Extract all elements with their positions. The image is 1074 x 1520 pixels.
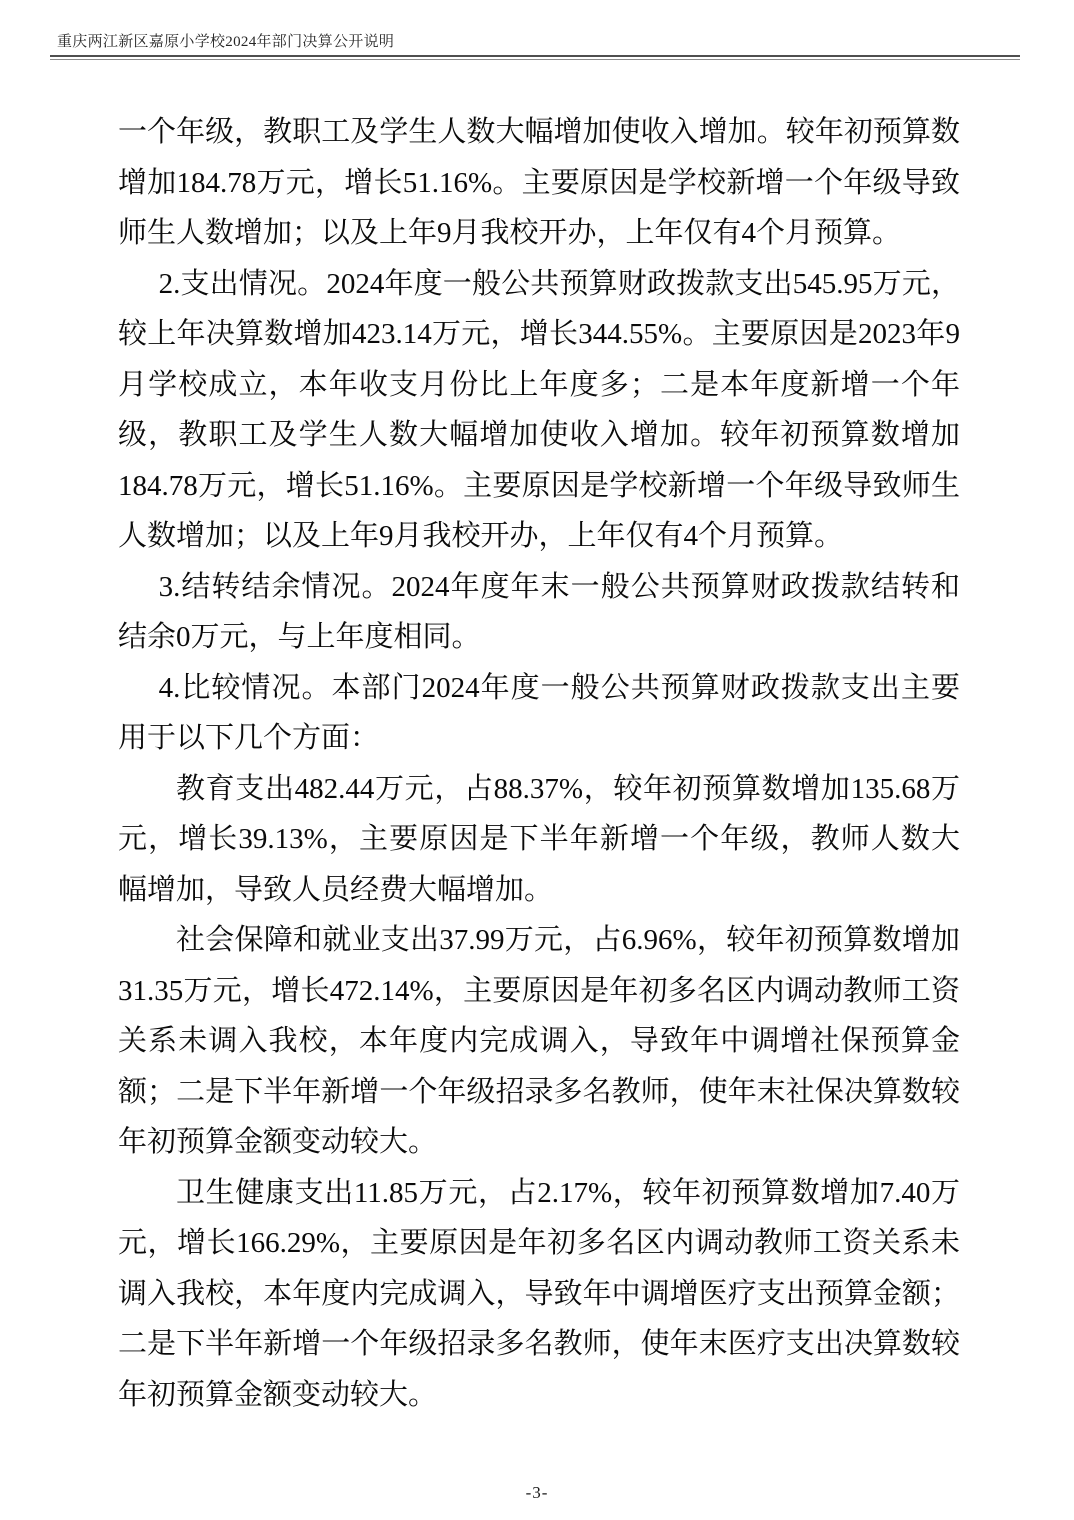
document-body: 一个年级，教职工及学生人数大幅增加使收入增加。较年初预算数增加184.78万元，… (118, 107, 960, 1420)
paragraph-education-spending: 教育支出482.44万元，占88.37%，较年初预算数增加135.68万元，增长… (118, 764, 960, 916)
paragraph-carryover: 3.结转结余情况。2024年度年末一般公共预算财政拨款结转和结余0万元，与上年度… (118, 562, 960, 663)
paragraph-income-continuation: 一个年级，教职工及学生人数大幅增加使收入增加。较年初预算数增加184.78万元，… (118, 107, 960, 259)
paragraph-health-spending: 卫生健康支出11.85万元，占2.17%，较年初预算数增加7.40万元，增长16… (118, 1168, 960, 1421)
page-number: -3- (526, 1483, 549, 1502)
document-page: 重庆两江新区嘉原小学校2024年部门决算公开说明 一个年级，教职工及学生人数大幅… (0, 0, 1074, 1520)
paragraph-expenditure: 2.支出情况。2024年度一般公共预算财政拨款支出545.95万元，较上年决算数… (118, 259, 960, 562)
header-divider (50, 55, 1020, 60)
page-footer: -3- (0, 1483, 1074, 1503)
paragraph-comparison: 4.比较情况。本部门2024年度一般公共预算财政拨款支出主要用于以下几个方面： (118, 663, 960, 764)
paragraph-social-security-spending: 社会保障和就业支出37.99万元，占6.96%，较年初预算数增加31.35万元，… (118, 915, 960, 1168)
page-header-title: 重庆两江新区嘉原小学校2024年部门决算公开说明 (57, 30, 394, 51)
